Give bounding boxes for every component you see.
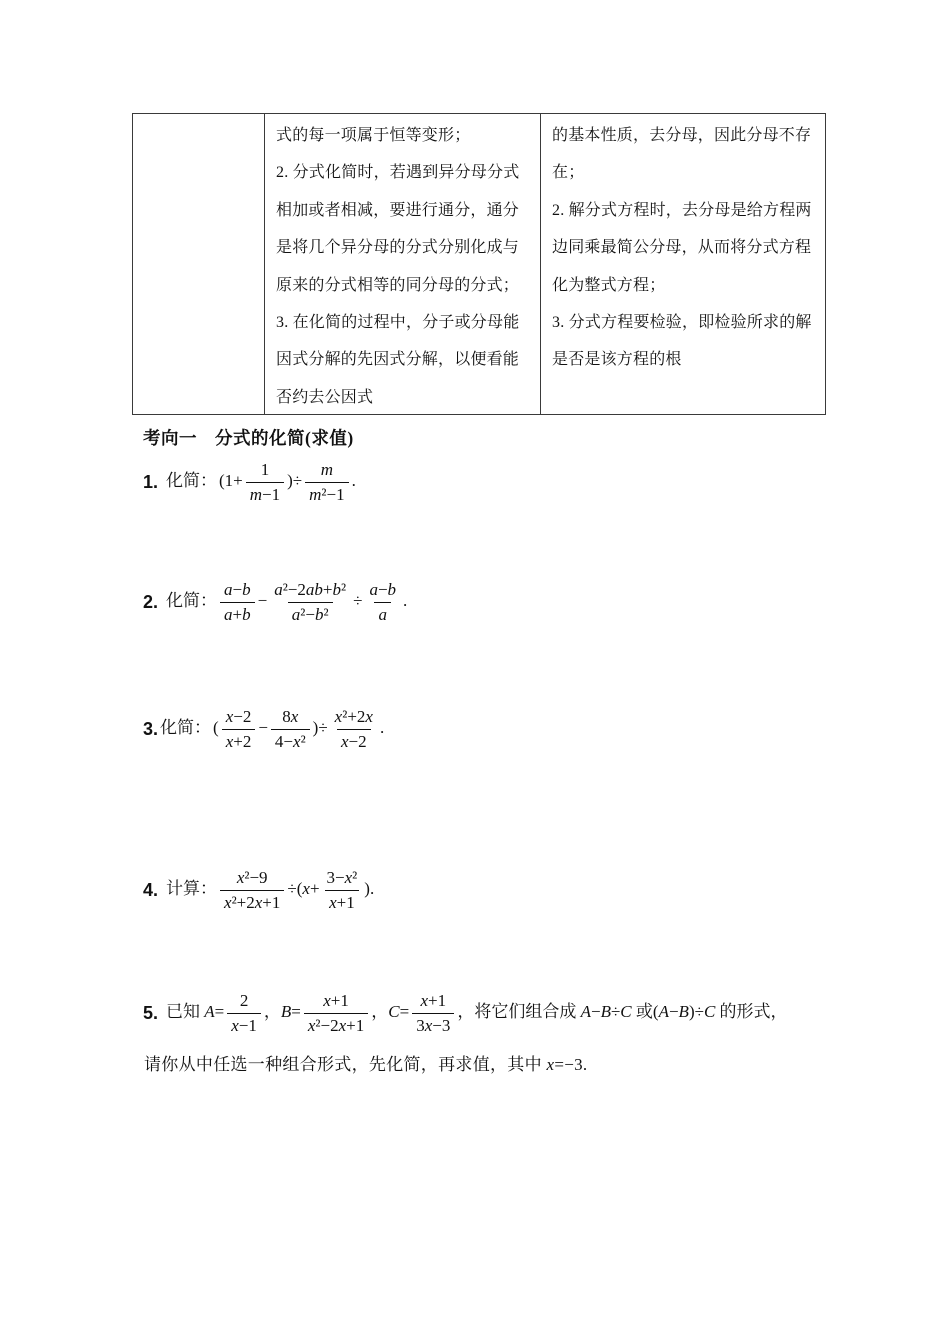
math-text: ). — [364, 879, 374, 898]
fraction-denominator: a²−b² — [288, 602, 333, 625]
math-text: ( — [213, 718, 219, 737]
table-text-line: 是将几个异分母的分式分别化成与 — [276, 229, 531, 266]
math-text: 化简： — [166, 591, 217, 610]
problem-5-number: 5. — [143, 1003, 158, 1024]
problem-4-expression: 计算：x²−9x²+2x+1÷(x+3−x²x+1). — [165, 868, 375, 912]
problem-2: 2. 化简：a−ba+b−a²−2ab+b²a²−b²÷a−ba. — [143, 572, 408, 632]
problem-4-number: 4. — [143, 880, 158, 901]
fraction-numerator: x−2 — [222, 707, 256, 729]
fraction: x²+2xx−2 — [331, 707, 377, 751]
fraction-denominator: x²+2x+1 — [220, 890, 284, 913]
fraction-numerator: x+1 — [416, 991, 450, 1013]
table-text-line: 否约去公因式 — [276, 379, 531, 416]
notes-table-col-equation: 的基本性质，去分母，因此分母不存在；2. 解分式方程时，去分母是给方程两边同乘最… — [540, 114, 825, 414]
notes-table: 式的每一项属于恒等变形；2. 分式化简时，若遇到异分母分式相加或者相减，要进行通… — [132, 113, 826, 415]
fraction: x−2x+2 — [222, 707, 256, 751]
fraction: x+13x−3 — [412, 991, 454, 1035]
math-text: )÷ — [287, 471, 302, 490]
fraction-numerator: 8x — [278, 707, 302, 729]
problem-2-number: 2. — [143, 592, 158, 613]
fraction-denominator: x+1 — [325, 890, 359, 913]
table-text-line: 2. 解分式方程时，去分母是给方程两 — [552, 192, 816, 229]
fraction-denominator: 4−x² — [271, 729, 310, 752]
fraction-denominator: a+b — [220, 602, 255, 625]
fraction-denominator: 3x−3 — [412, 1013, 454, 1036]
table-text-line: 在； — [552, 154, 816, 191]
table-text-line: 3. 在化简的过程中，分子或分母能 — [276, 304, 531, 341]
fraction-numerator: x²−9 — [233, 868, 272, 890]
fraction-numerator: a²−2ab+b² — [270, 580, 350, 602]
fraction: 3−x²x+1 — [323, 868, 362, 912]
problem-3: 3. 化简：(x−2x+2−8x4−x²)÷x²+2xx−2. — [143, 699, 385, 759]
math-text: . — [352, 471, 356, 490]
notes-table-col-empty — [133, 114, 264, 414]
fraction: 1m−1 — [246, 460, 284, 504]
table-text-line: 因式分解的先因式分解，以便看能 — [276, 341, 531, 378]
worksheet-page: { "page": { "background": "#ffffff", "te… — [0, 0, 950, 1344]
table-text-line: 边同乘最简公分母，从而将分式方程 — [552, 229, 816, 266]
table-text-line: 式的每一项属于恒等变形； — [276, 117, 531, 154]
fraction: a²−2ab+b²a²−b² — [270, 580, 350, 624]
table-text-line: 2. 分式化简时，若遇到异分母分式 — [276, 154, 531, 191]
table-text-line: 化为整式方程； — [552, 267, 816, 304]
fraction: x²−9x²+2x+1 — [220, 868, 284, 912]
problem-5-expression: 已知 A=2x−1，B=x+1x²−2x+1，C=x+13x−3，将它们组合成 … — [165, 991, 789, 1035]
math-text: − — [258, 718, 268, 737]
fraction-numerator: a−b — [365, 580, 400, 602]
math-text: )÷ — [313, 718, 328, 737]
problem-5: 5. 已知 A=2x−1，B=x+1x²−2x+1，C=x+13x−3，将它们组… — [143, 983, 789, 1043]
fraction-numerator: a−b — [220, 580, 255, 602]
section-title: 考向一 分式的化简(求值) — [143, 425, 354, 450]
fraction-numerator: m — [317, 460, 337, 482]
problem-4: 4. 计算：x²−9x²+2x+1÷(x+3−x²x+1). — [143, 860, 375, 920]
math-text: 化简： — [160, 718, 211, 737]
fraction: a−ba+b — [220, 580, 255, 624]
fraction: a−ba — [365, 580, 400, 624]
math-text: (1+ — [219, 471, 243, 490]
table-text-line: 相加或者相减，要进行通分，通分 — [276, 192, 531, 229]
math-text: ，将它们组合成 A−B÷C 或(A−B)÷C 的形式， — [457, 1002, 787, 1021]
fraction: 8x4−x² — [271, 707, 310, 751]
fraction-numerator: x+1 — [319, 991, 353, 1013]
math-text: 化简： — [166, 471, 217, 490]
fraction-denominator: m²−1 — [305, 482, 348, 505]
notes-table-col-simplify: 式的每一项属于恒等变形；2. 分式化简时，若遇到异分母分式相加或者相减，要进行通… — [264, 114, 540, 414]
fraction-denominator: x²−2x+1 — [304, 1013, 368, 1036]
problem-5-continuation: 请你从中任选一种组合形式，先化简，再求值，其中 x=−3. — [143, 1050, 588, 1075]
fraction-numerator: 2 — [236, 991, 253, 1013]
table-text-line: 3. 分式方程要检验，即检验所求的解 — [552, 304, 816, 341]
problem-1-expression: 化简：(1+1m−1)÷mm²−1. — [165, 460, 357, 504]
problem-2-expression: 化简：a−ba+b−a²−2ab+b²a²−b²÷a−ba. — [165, 580, 408, 624]
math-text: ÷(x+ — [287, 879, 319, 898]
math-text: . — [403, 591, 407, 610]
math-text: − — [258, 591, 268, 610]
fraction: x+1x²−2x+1 — [304, 991, 368, 1035]
problem-3-expression: 化简：(x−2x+2−8x4−x²)÷x²+2xx−2. — [159, 707, 385, 751]
fraction-denominator: x+2 — [222, 729, 256, 752]
problem-1-number: 1. — [143, 472, 158, 493]
math-text: . — [380, 718, 384, 737]
math-text: ，C= — [371, 1002, 409, 1021]
table-text-line: 原来的分式相等的同分母的分式； — [276, 267, 531, 304]
table-text-line: 的基本性质，去分母，因此分母不存 — [552, 117, 816, 154]
fraction-numerator: 1 — [257, 460, 274, 482]
math-text: 已知 A= — [166, 1002, 224, 1021]
problem-1: 1. 化简：(1+1m−1)÷mm²−1. — [143, 452, 357, 512]
fraction-numerator: x²+2x — [331, 707, 377, 729]
fraction-numerator: 3−x² — [323, 868, 362, 890]
fraction: mm²−1 — [305, 460, 348, 504]
table-text-line: 是否是该方程的根 — [552, 341, 816, 378]
math-text: ÷ — [353, 591, 362, 610]
problem-3-number: 3. — [143, 719, 158, 740]
fraction-denominator: m−1 — [246, 482, 284, 505]
math-text: 计算： — [166, 879, 217, 898]
math-text: 请你从中任选一种组合形式，先化简，再求值，其中 x=−3. — [144, 1050, 587, 1075]
fraction-denominator: x−2 — [337, 729, 371, 752]
fraction-denominator: x−1 — [227, 1013, 261, 1036]
math-text: ，B= — [264, 1002, 301, 1021]
fraction: 2x−1 — [227, 991, 261, 1035]
fraction-denominator: a — [374, 602, 391, 625]
